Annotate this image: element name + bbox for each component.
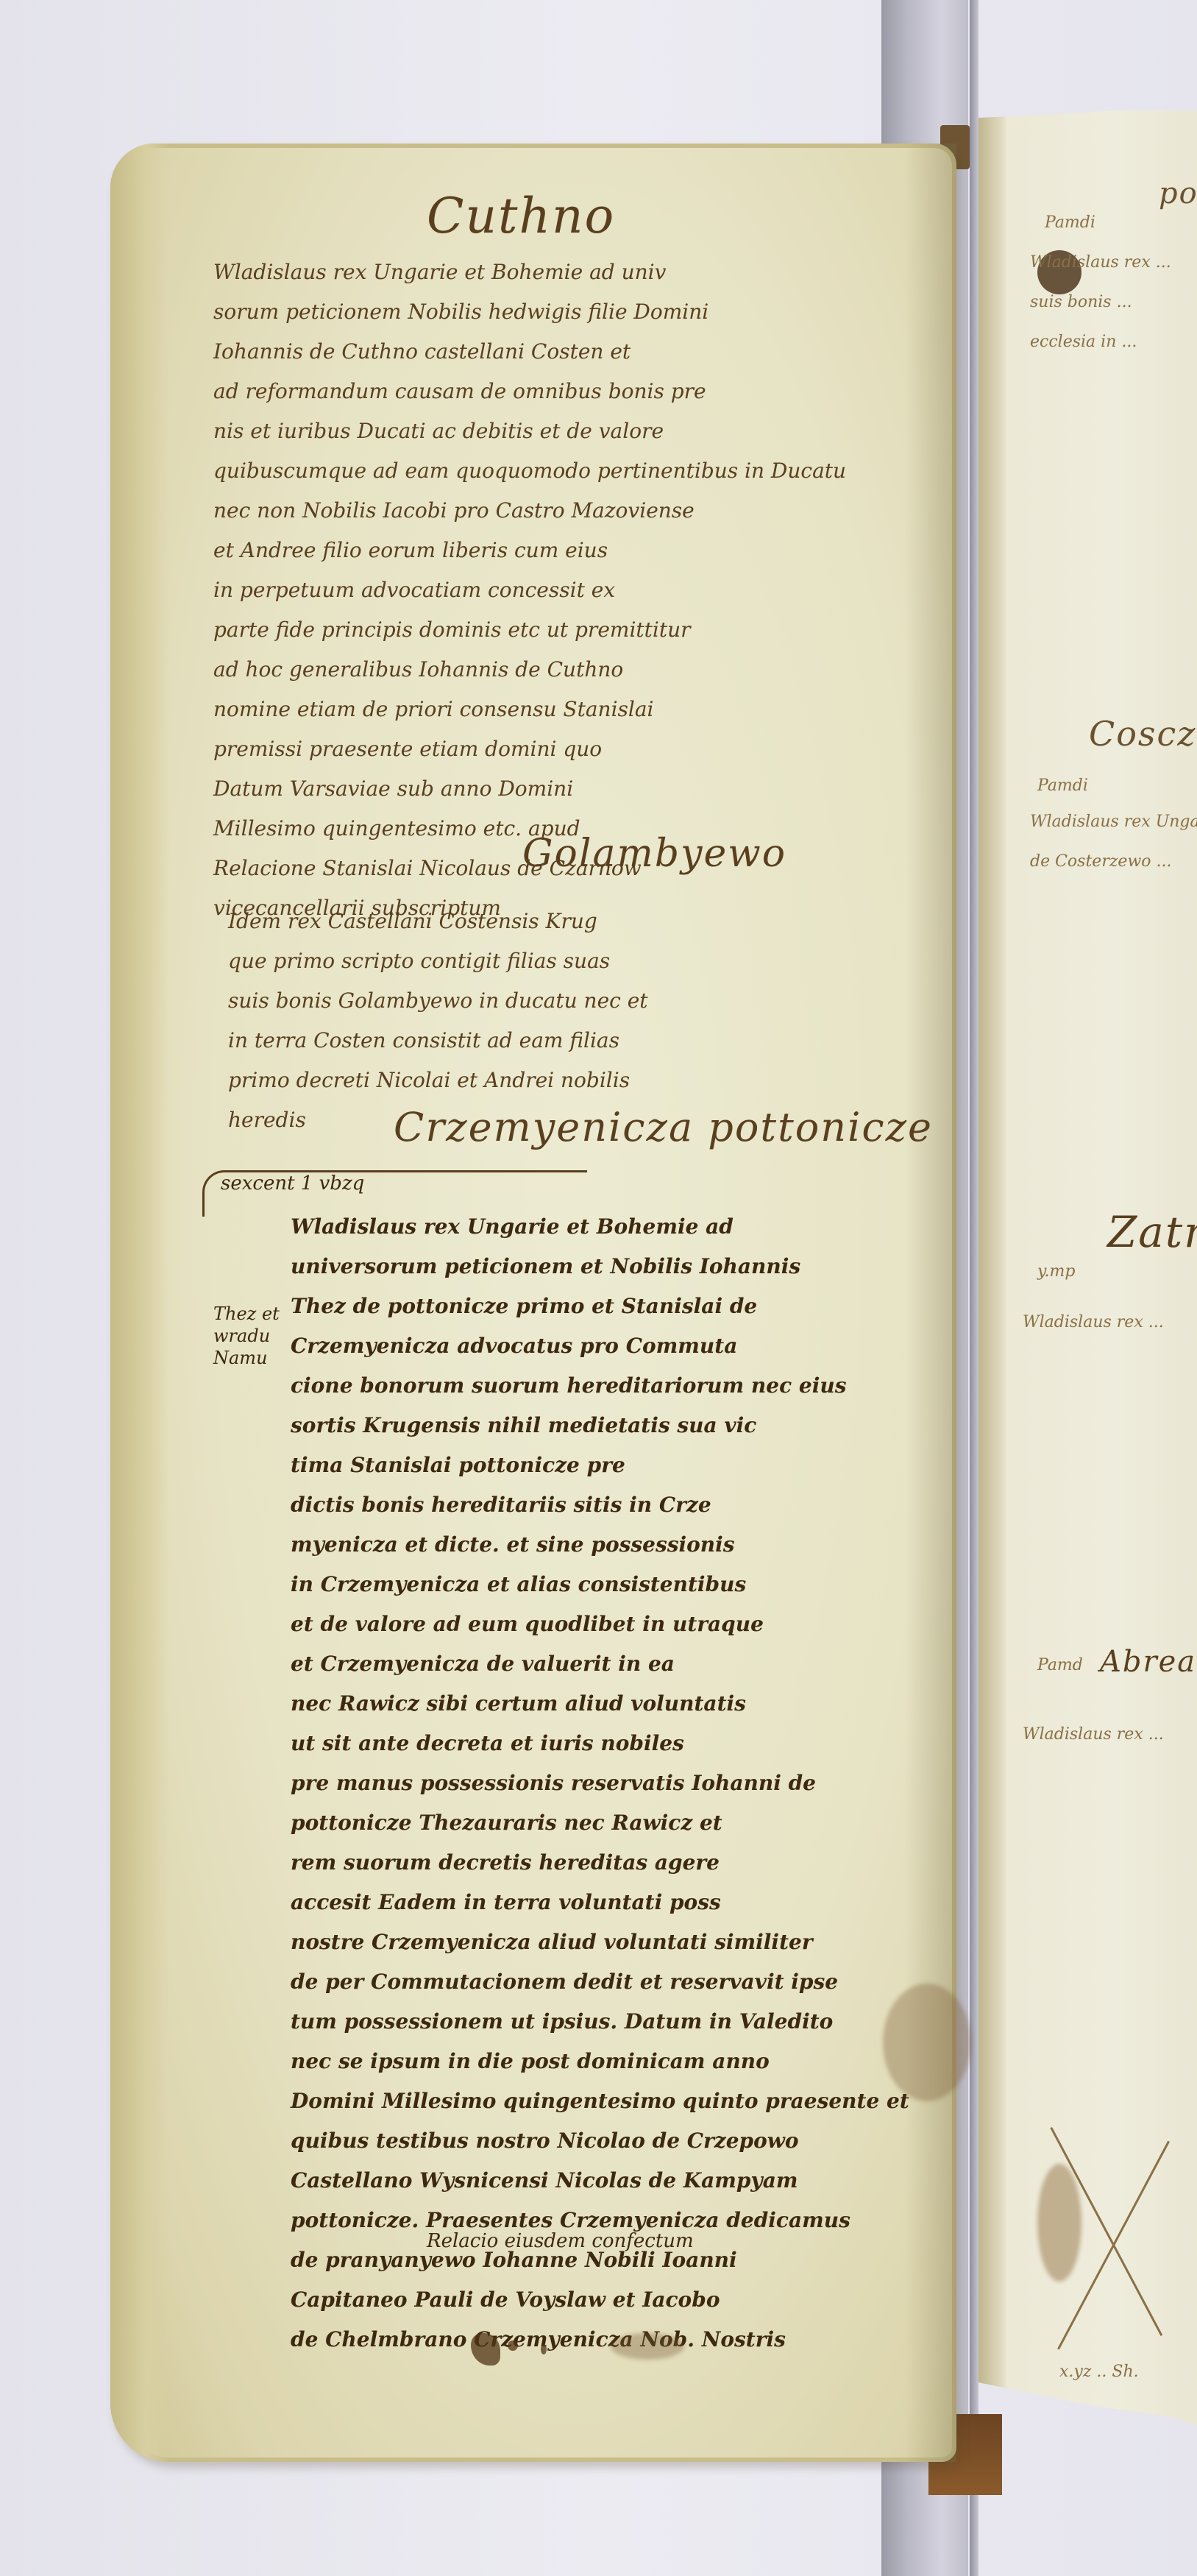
text-line: que primo scripto contigit filias suas xyxy=(228,941,648,981)
text-line: Idem rex Castellani Costensis Krug xyxy=(228,902,648,941)
section-heading-cuthno: Cuthno xyxy=(427,188,615,244)
text-line: ad hoc generalibus Iohannis de Cuthno xyxy=(213,650,846,690)
text-line: Wladislaus rex ... xyxy=(1023,1303,1164,1342)
text-line: parte fide principis dominis etc ut prem… xyxy=(213,610,846,650)
section-heading-golambyewo: Golambyewo xyxy=(522,832,786,876)
section-body-cuthno: Wladislaus rex Ungarie et Bohemie ad uni… xyxy=(213,252,846,928)
text-line: quibuscumque ad eam quoquomodo pertinent… xyxy=(213,451,846,491)
text-line: Castellano Wysnicensi Nicolas de Kampyam xyxy=(291,2161,909,2201)
text-line: de Costerzewo ... xyxy=(1030,842,1197,882)
margin-note: y.mp xyxy=(1037,1262,1075,1281)
text-line: Datum Varsaviae sub anno Domini xyxy=(213,769,846,809)
margin-note: Pamd xyxy=(1037,1656,1083,1674)
text-line: Wladislaus rex ... xyxy=(1030,243,1171,283)
page-fold-edge xyxy=(110,144,169,2462)
text-line: nostre Crzemyenicza aliud voluntati simi… xyxy=(291,1922,909,1962)
text-line: sortis Krugensis nihil medietatis sua vi… xyxy=(291,1406,909,1446)
text-line: accesit Eadem in terra voluntati poss xyxy=(291,1883,909,1922)
text-line: quibus testibus nostro Nicolao de Crzepo… xyxy=(291,2121,909,2161)
text-line: sorum peticionem Nobilis hedwigis filie … xyxy=(213,292,846,332)
text-line: tum possessionem ut ipsius. Datum in Val… xyxy=(291,2002,909,2042)
margin-note-line: wradu xyxy=(213,1325,280,1347)
right-gutter-shadow xyxy=(978,110,1008,2429)
text-line: nec Rawicz sibi certum aliud voluntatis xyxy=(291,1684,909,1724)
partial-heading-3: Zatrze xyxy=(1107,1207,1197,1257)
water-stain xyxy=(883,1984,971,2101)
text-line: tima Stanislai pottonicze pre xyxy=(291,1446,909,1485)
gutter-shadow xyxy=(905,144,956,2462)
text-line: Crzemyenicza advocatus pro Commuta xyxy=(291,1326,909,1366)
text-line: ut sit ante decreta et iuris nobiles xyxy=(291,1724,909,1763)
closing-note: Relacio eiusdem confectum xyxy=(427,2230,694,2252)
text-line: in terra Costen consistit ad eam filias xyxy=(228,1021,648,1061)
text-line: suis bonis Golambyewo in ducatu nec et xyxy=(228,981,648,1021)
text-line: cione bonorum suorum hereditariorum nec … xyxy=(291,1366,909,1406)
text-line: pre manus possessionis reservatis Iohann… xyxy=(291,1763,909,1803)
text-line: nis et iuribus Ducati ac debitis et de v… xyxy=(213,411,846,451)
text-line: Capitaneo Pauli de Voyslaw et Iacobo xyxy=(291,2280,909,2320)
text-line: premissi praesente etiam domini quo xyxy=(213,729,846,769)
right-text-block-2: Wladislaus rex Ungarie de Costerzewo ... xyxy=(1030,802,1197,882)
ink-stain xyxy=(508,2340,518,2351)
text-line: ecclesia in ... xyxy=(1030,322,1171,362)
manuscript-left-page: Cuthno Wladislaus rex Ungarie et Bohemie… xyxy=(110,144,956,2462)
right-text-block-4: Wladislaus rex ... xyxy=(1023,1715,1164,1755)
text-line: Iohannis de Cuthno castellani Costen et xyxy=(213,332,846,372)
text-line: et Crzemyenicza de valuerit in ea xyxy=(291,1644,909,1684)
text-line: nec se ipsum in die post dominicam anno xyxy=(291,2042,909,2081)
text-line: nec non Nobilis Iacobi pro Castro Mazovi… xyxy=(213,491,846,531)
text-line: et de valore ad eum quodlibet in utraque xyxy=(291,1604,909,1644)
text-line: in Crzemyenicza et alias consistentibus xyxy=(291,1565,909,1604)
text-line: dictis bonis hereditariis sitis in Crze xyxy=(291,1485,909,1525)
text-line: pottonicze Thezauraris nec Rawicz et xyxy=(291,1803,909,1843)
partial-heading-2: Cosczaro xyxy=(1089,714,1197,754)
text-line: Wladislaus rex ... xyxy=(1023,1715,1164,1755)
text-line: in perpetuum advocatiam concessit ex xyxy=(213,570,846,610)
text-line: nomine etiam de priori consensu Stanisla… xyxy=(213,690,846,729)
partial-heading-4: Abreanca xyxy=(1100,1645,1197,1679)
text-line: de Chelmbrano Crzemyenicza Nob. Nostris xyxy=(291,2320,909,2360)
section-body-crzemyenicza: Wladislaus rex Ungarie et Bohemie ad uni… xyxy=(291,1207,909,2360)
right-text-block-3: Wladislaus rex ... xyxy=(1023,1303,1164,1342)
margin-note-line: Thez et xyxy=(213,1303,280,1325)
text-line: de per Commutacionem dedit et reservavit… xyxy=(291,1962,909,2002)
text-line: Wladislaus rex Ungarie et Bohemie ad uni… xyxy=(213,252,846,292)
margin-note: Pamdi xyxy=(1045,213,1095,232)
text-line: Wladislaus rex Ungarie et Bohemie ad xyxy=(291,1207,909,1247)
text-line: primo decreti Nicolai et Andrei nobilis xyxy=(228,1061,648,1100)
spine-shadow xyxy=(970,0,978,2576)
margin-note-top: sexcent 1 vbzq xyxy=(221,1172,364,1195)
text-line: suis bonis ... xyxy=(1030,283,1171,322)
margin-note-left: Thez et wradu Namu xyxy=(213,1303,280,1369)
text-line: ad reformandum causam de omnibus bonis p… xyxy=(213,372,846,411)
text-line: rem suorum decretis hereditas agere xyxy=(291,1843,909,1883)
manuscript-right-page: pottss Pamdi Wladislaus rex ... suis bon… xyxy=(978,110,1197,2429)
text-line: universorum peticionem et Nobilis Iohann… xyxy=(291,1247,909,1287)
page-footer-note: x.yz .. Sh. xyxy=(1059,2363,1139,2381)
section-heading-crzemyenicza: Crzemyenicza pottonicze xyxy=(394,1104,933,1150)
ink-stain xyxy=(611,2333,684,2360)
partial-heading-1: pottss xyxy=(1159,177,1197,210)
text-line: myenicza et dicte. et sine possessionis xyxy=(291,1525,909,1565)
text-line: et Andree filio eorum liberis cum eius xyxy=(213,531,846,570)
text-line: Wladislaus rex Ungarie xyxy=(1030,802,1197,842)
ink-stain xyxy=(471,2333,500,2366)
text-line: Thez de pottonicze primo et Stanislai de xyxy=(291,1287,909,1326)
margin-note: Pamdi xyxy=(1037,776,1088,795)
right-text-block-1: Wladislaus rex ... suis bonis ... eccles… xyxy=(1030,243,1171,362)
text-line: Domini Millesimo quingentesimo quinto pr… xyxy=(291,2081,909,2121)
ink-stain xyxy=(541,2344,547,2354)
margin-note-line: Namu xyxy=(213,1347,280,1369)
ink-smear xyxy=(1037,2164,1081,2282)
